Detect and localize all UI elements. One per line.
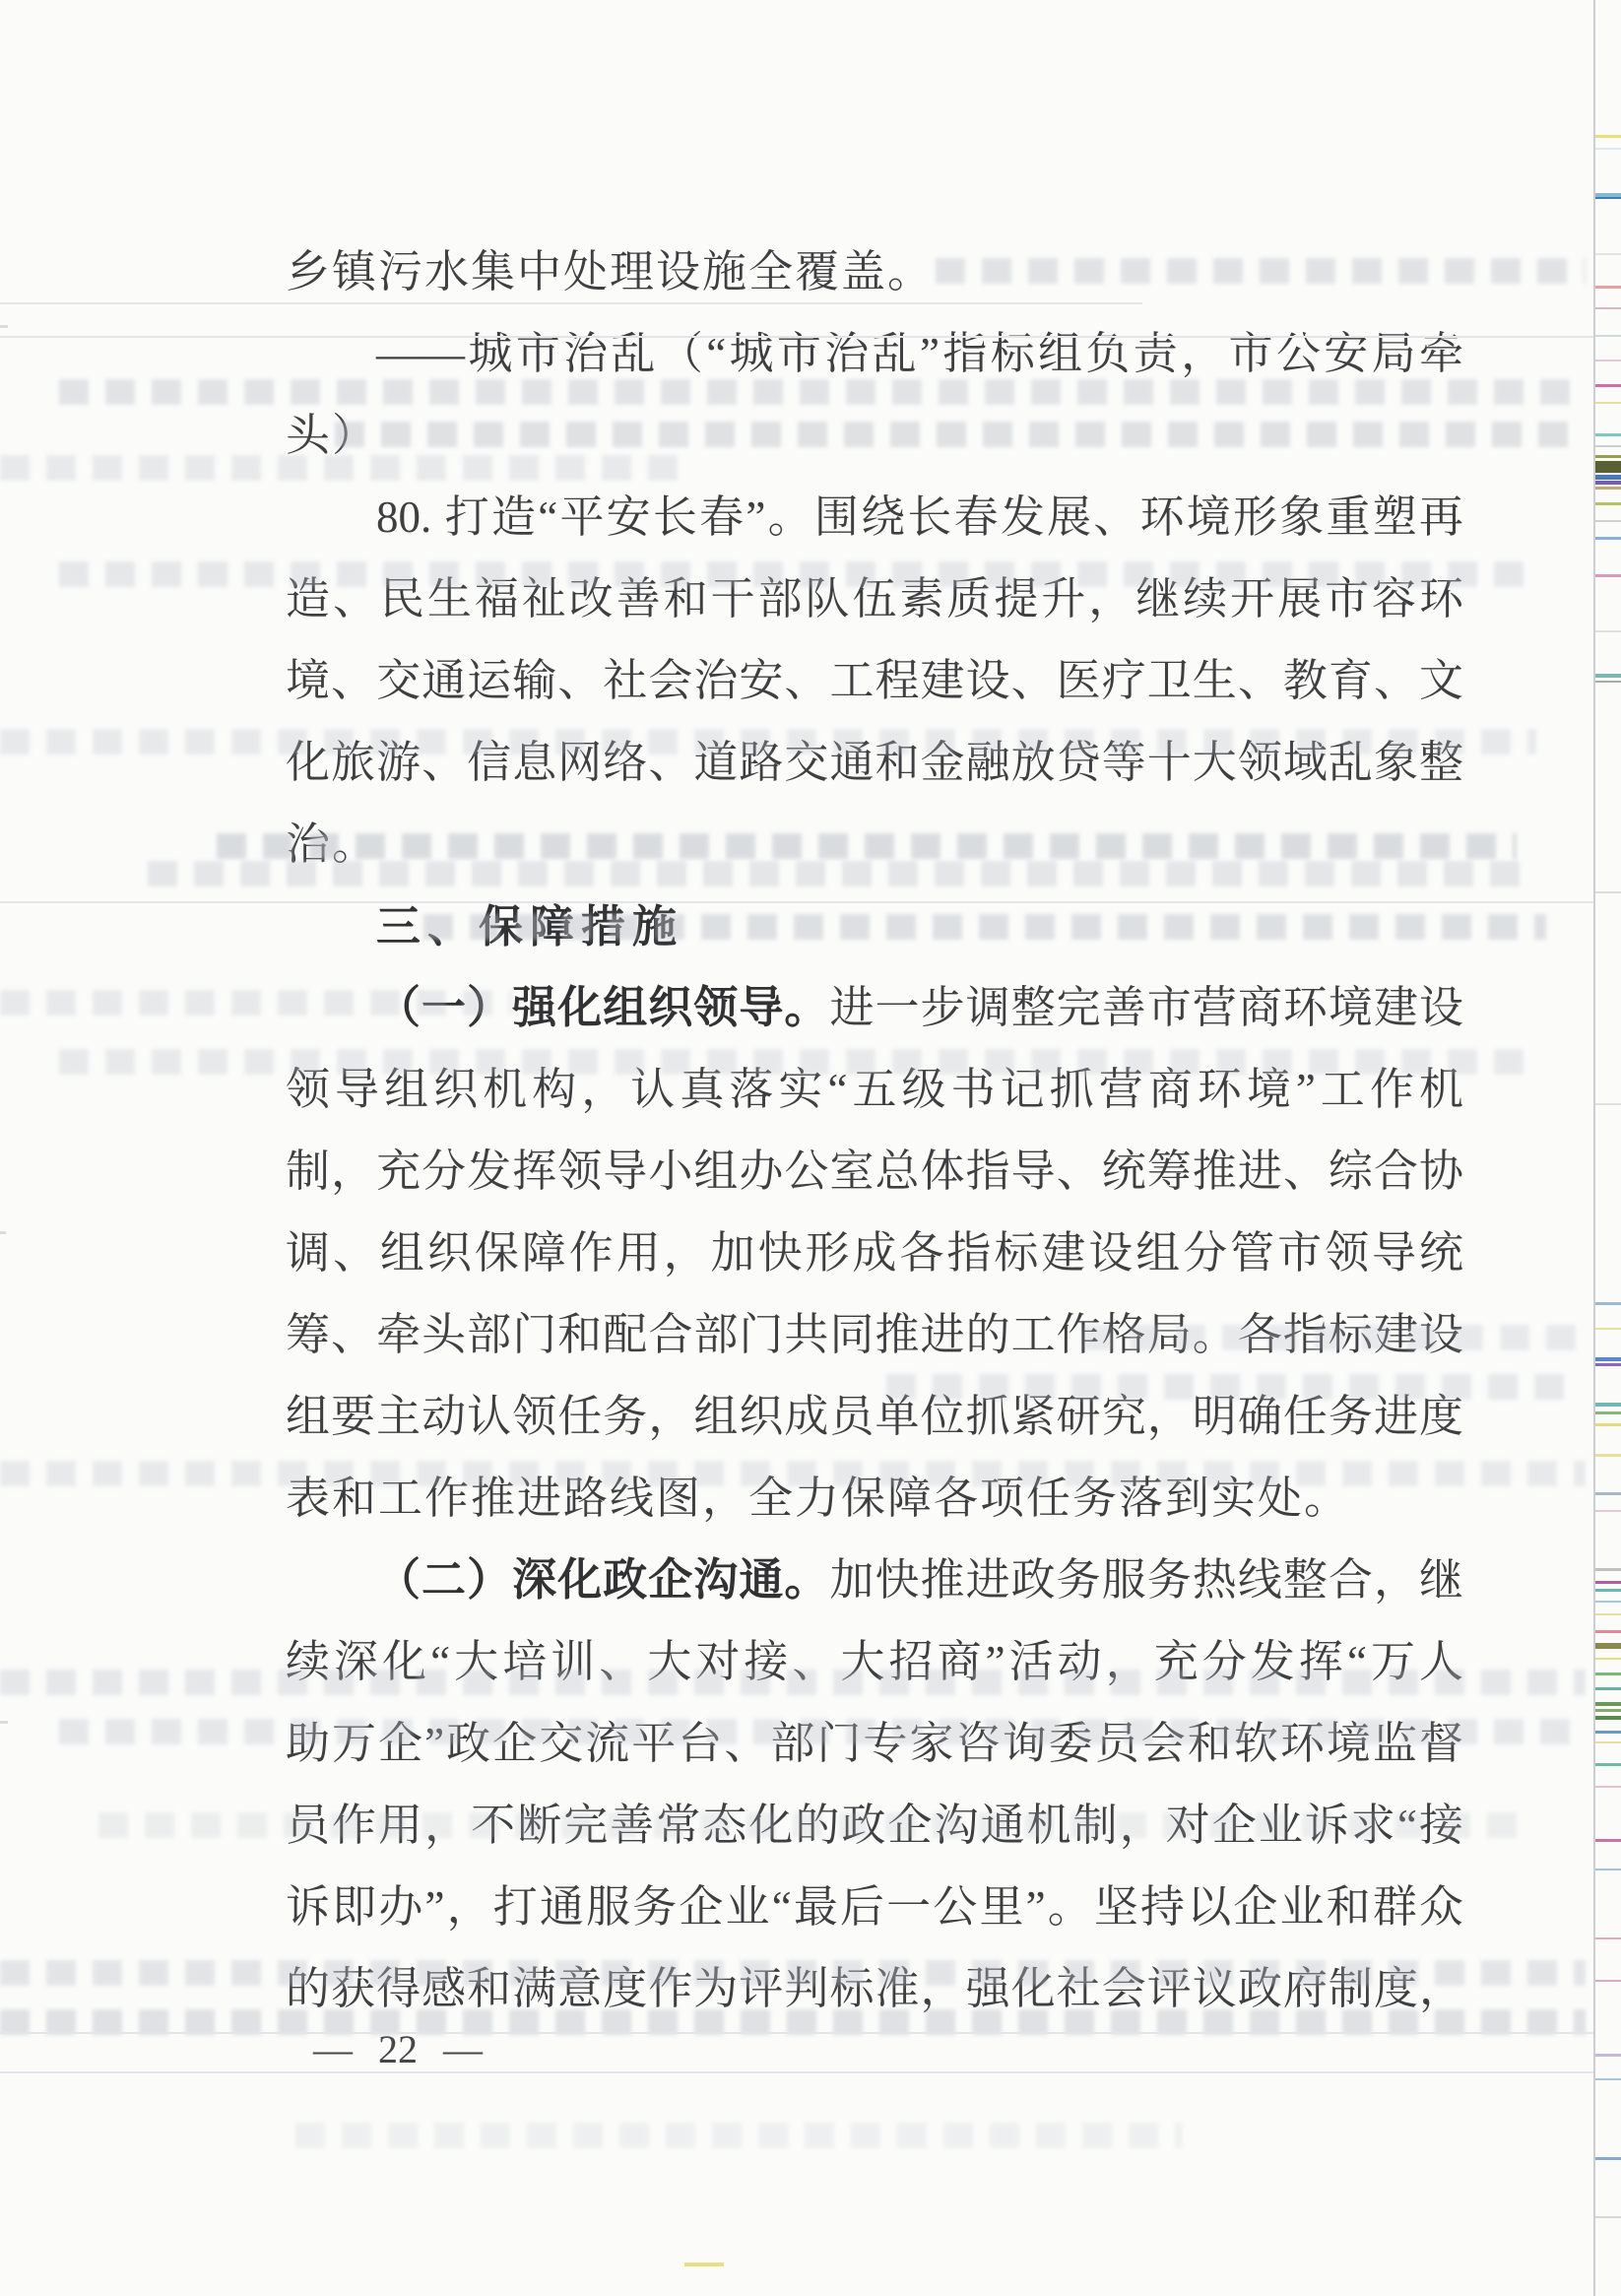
- bleedthrough-text-band: [886, 1374, 1576, 1400]
- scanner-streak: [1595, 1630, 1621, 1633]
- scanner-streak: [1595, 487, 1621, 490]
- text-line-17: （二）深化政企沟通。加快推进政务服务热线整合，继: [286, 1540, 1463, 1621]
- scanner-streak: [1595, 402, 1621, 404]
- bleedthrough-text-band: [1083, 1325, 1576, 1350]
- bleedthrough-text-band: [335, 422, 1576, 447]
- bleedthrough-text-band: [59, 1049, 1536, 1075]
- scanner-streak: [1595, 1786, 1621, 1788]
- text-line-13: 调、组织保障作用，加快形成各指标建设组分管市领导统: [286, 1213, 1463, 1294]
- scanner-streak: [1595, 2078, 1621, 2080]
- scanner-streak: [1595, 1869, 1621, 1870]
- text-line-6: 境、交通运输、社会治安、工程建设、医疗卫生、教育、文: [286, 640, 1463, 722]
- document-body: 乡镇污水集中处理设施全覆盖。——城市治乱（“城市治乱”指标组负责，市公安局牵头）…: [286, 231, 1463, 2030]
- bleedthrough-text-band: [59, 561, 1536, 587]
- scanner-streak: [1595, 1363, 1621, 1366]
- scanner-streak: [1595, 1687, 1621, 1690]
- scan-speck: [684, 2263, 724, 2266]
- scanner-streak: [1595, 1581, 1621, 1584]
- text-run: （二）深化政企沟通。: [376, 1555, 829, 1605]
- scanner-streak: [1595, 1731, 1621, 1734]
- bleedthrough-text-band: [148, 861, 1526, 886]
- bleedthrough-text-band: [423, 914, 1546, 940]
- scanner-streak: [1595, 475, 1621, 480]
- scanner-streak: [1595, 1403, 1621, 1407]
- text-line-21: 诉即办”，打通服务企业“最后一公里”。坚持以企业和群众: [286, 1867, 1463, 1948]
- scanned-document-page: 乡镇污水集中处理设施全覆盖。——城市治乱（“城市治乱”指标组负责，市公安局牵头）…: [0, 0, 1621, 2296]
- scanner-streak: [1595, 455, 1621, 458]
- scanner-streak: [1595, 630, 1621, 632]
- scanner-streak: [1595, 520, 1621, 522]
- faint-artifact-line: [0, 2032, 1593, 2034]
- scanner-streak: [1595, 1643, 1621, 1649]
- bleedthrough-text-band: [0, 455, 689, 481]
- scanner-streak: [1595, 1568, 1621, 1571]
- scanner-streak: [1595, 891, 1621, 893]
- scanner-streak: [1595, 2216, 1621, 2218]
- scanner-streak: [1595, 1103, 1621, 1105]
- scanner-streak: [1595, 1980, 1621, 1982]
- scanner-streak: [1595, 574, 1621, 577]
- scanner-streak: [1595, 1763, 1621, 1766]
- text-run: 调、组织保障作用，加快形成各指标建设组分管市领导统: [286, 1228, 1463, 1278]
- bleedthrough-text-band: [0, 1670, 1586, 1695]
- bleedthrough-text-band: [217, 833, 1517, 859]
- scanner-streak: [1595, 1709, 1621, 1712]
- scanner-streak: [1595, 2054, 1621, 2057]
- text-run: 进一步调整完善市营商环境建设: [829, 983, 1463, 1032]
- scanner-streak: [1595, 335, 1621, 337]
- text-line-4: 80. 打造“平安长春”。围绕长春发展、环境形象重塑再: [286, 477, 1463, 558]
- scanner-streak: [1595, 445, 1621, 447]
- scanner-streak: [1595, 197, 1621, 199]
- scanner-streak: [1595, 461, 1621, 473]
- bleedthrough-text-band: [0, 729, 1536, 754]
- bleedthrough-text-band: [295, 2123, 1182, 2148]
- bleedthrough-text-band: [59, 379, 1576, 405]
- scanner-streak: [1595, 1328, 1621, 1330]
- scanner-streak: [1595, 1601, 1621, 1603]
- text-run: 制，充分发挥领导小组办公室总体指导、统筹推进、综合协: [286, 1147, 1463, 1196]
- text-line-12: 制，充分发挥领导小组办公室总体指导、统筹推进、综合协: [286, 1131, 1463, 1213]
- scanner-streak: [1595, 360, 1621, 361]
- scanner-streak: [1595, 681, 1621, 683]
- faint-artifact-line: [0, 336, 1593, 338]
- bleedthrough-text-band: [59, 1719, 1576, 1744]
- scanner-streak: [1595, 2157, 1621, 2160]
- scanner-streak: [1595, 502, 1621, 505]
- scan-speck: [0, 325, 8, 328]
- scan-speck: [0, 1231, 6, 1234]
- bleedthrough-text-band: [0, 1461, 1586, 1486]
- scanner-streak: [1595, 135, 1621, 138]
- scanner-streak: [1595, 1658, 1621, 1660]
- bleedthrough-text-band: [0, 990, 512, 1016]
- faint-artifact-line: [0, 901, 1593, 903]
- scanner-streak: [1595, 1589, 1621, 1592]
- text-run: 诉即办”，打通服务企业“最后一公里”。坚持以企业和群众: [286, 1882, 1463, 1932]
- scanner-streak: [1595, 1937, 1621, 1939]
- text-run: 80. 打造“平安长春”。围绕长春发展、环境形象重塑再: [376, 492, 1463, 542]
- scanner-streak: [1595, 1302, 1621, 1305]
- scanner-streak: [1595, 1411, 1621, 1414]
- scanner-streak: [1595, 1673, 1621, 1675]
- scanner-streak: [1595, 1454, 1621, 1457]
- scanner-streak: [1595, 1423, 1621, 1426]
- scanner-streak: [1595, 286, 1621, 289]
- scanner-streak: [1595, 1839, 1621, 1842]
- bleedthrough-text-band: [0, 1960, 1586, 1986]
- scanner-streak: [1595, 1716, 1621, 1720]
- scanner-streak: [1595, 307, 1621, 309]
- text-run: 乡镇污水集中处理设施全覆盖。: [286, 247, 934, 296]
- bleedthrough-text-band: [936, 258, 1586, 284]
- scanner-streak: [1595, 1702, 1621, 1706]
- scanner-streak: [1595, 384, 1621, 387]
- scanner-streak: [1595, 433, 1621, 436]
- bleedthrough-text-band: [98, 1812, 1526, 1838]
- scanner-streak: [1595, 1357, 1621, 1361]
- scanner-streak: [1595, 1510, 1621, 1512]
- faint-artifact-line: [0, 302, 1142, 304]
- scanner-streak: [1595, 1741, 1621, 1743]
- scan-speck: [0, 1721, 8, 1724]
- scanner-streak: [1595, 253, 1621, 255]
- text-run: 加快推进政务服务热线整合，继: [829, 1555, 1463, 1605]
- faint-artifact-line: [0, 2071, 1593, 2073]
- text-run: 境、交通运输、社会治安、工程建设、医疗卫生、教育、文: [286, 656, 1463, 705]
- scanner-edge-line: [1593, 0, 1595, 2296]
- scanner-streak: [1595, 674, 1621, 678]
- scanner-streak: [1595, 1492, 1621, 1495]
- scanner-streak: [1595, 537, 1621, 540]
- scanner-streak: [1595, 1613, 1621, 1615]
- scanner-streak: [1595, 481, 1621, 485]
- scanner-streak: [1595, 148, 1621, 150]
